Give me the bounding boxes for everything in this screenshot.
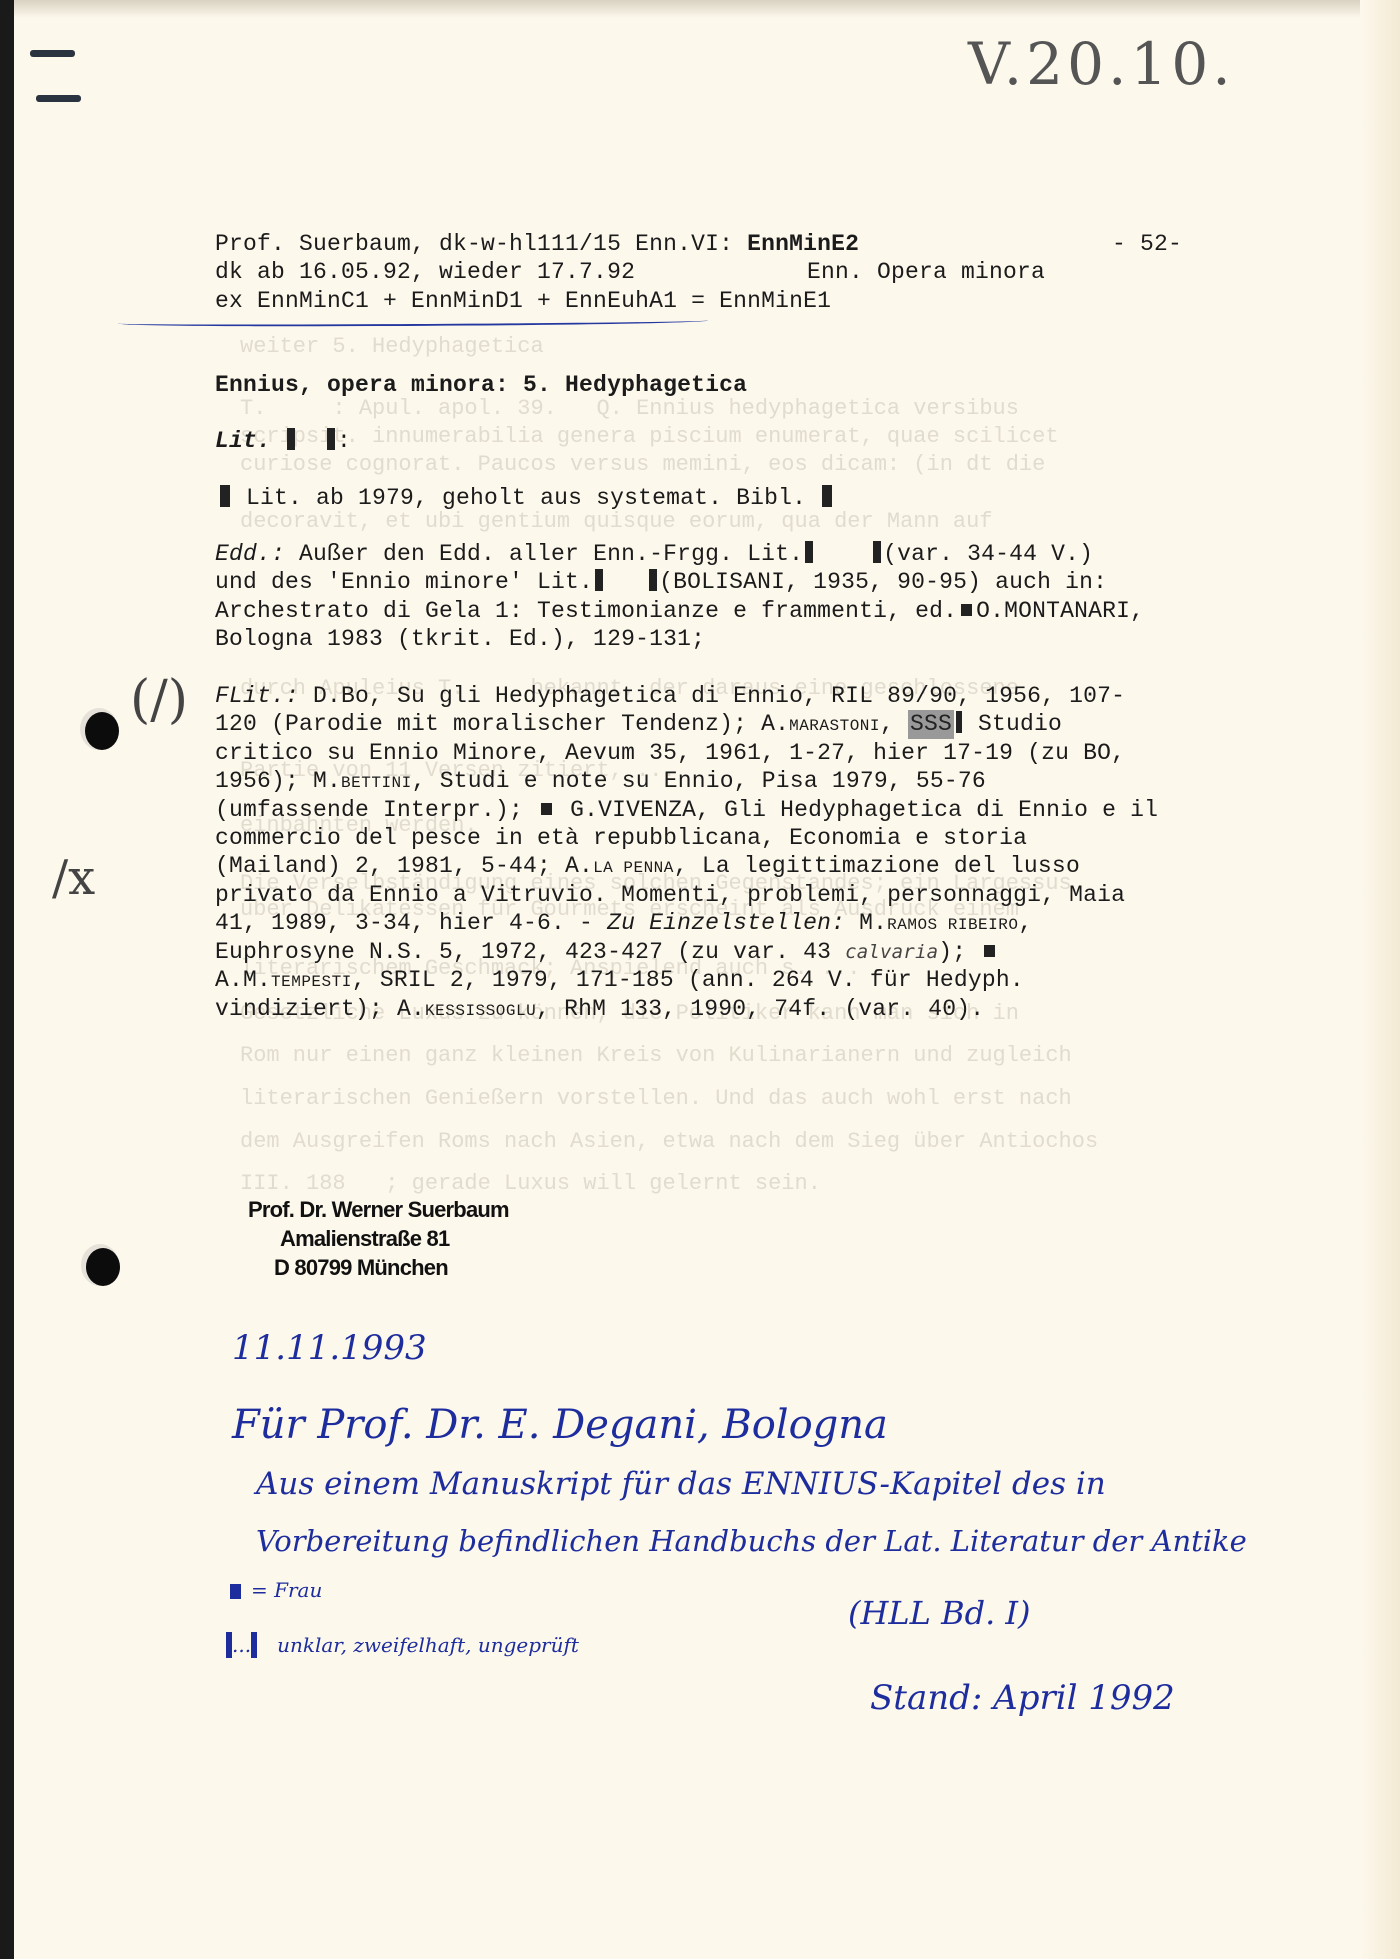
legend-woman: = Frau — [230, 1578, 322, 1602]
placeholder-bar — [327, 428, 335, 450]
handwritten-line-3: (HLL Bd. I) — [848, 1594, 1031, 1632]
colon: : — [337, 428, 351, 454]
edd-label: Edd.: — [215, 541, 285, 567]
handwritten-dedication: Für Prof. Dr. E. Degani, Bologna — [232, 1402, 888, 1448]
flit-line-6: commercio del pesce in età repubblicana,… — [215, 824, 1027, 853]
bleed-through-line: scripsit. innumerabilia genera piscium e… — [240, 423, 1059, 452]
text: Außer den Edd. aller Enn.-Frgg. Lit. — [285, 541, 803, 567]
flit-line-11: A.M.TEMPESTI, SRIL 2, 1979, 171-185 (ann… — [215, 966, 1024, 997]
top-shadow — [14, 0, 1400, 18]
bleed-through-line: curiose cognorat. Paucos versus memini, … — [240, 451, 1045, 480]
punch-hole — [85, 712, 119, 750]
text: (umfassende Interpr.); — [215, 797, 523, 823]
flit-line-12: vindiziert); A.KESSISSOGLU, RhM 133, 199… — [215, 995, 984, 1026]
text: ); — [938, 939, 966, 965]
placeholder-bar — [287, 428, 295, 450]
flit-line-1: FLit.: D.Bo, Su gli Hedyphagetica di Enn… — [215, 682, 1125, 711]
text: 120 (Parodie mit moralischer Tendenz); A… — [215, 711, 789, 737]
bleed-through-line: literarischen Genießern vorstellen. Und … — [240, 1085, 1072, 1114]
author-name: KESSISSOGLU — [425, 1002, 536, 1020]
right-shadow — [1360, 0, 1400, 1959]
ink-underline — [118, 316, 708, 327]
address-stamp-street: Amalienstraße 81 — [280, 1224, 449, 1253]
flit-line-10: Euphrosyne N.S. 5, 1972, 423-427 (zu var… — [215, 938, 999, 967]
page-number: - 52- — [1112, 230, 1182, 259]
legend-text: = Frau — [251, 1578, 322, 1602]
text: 41, 1989, 3-34, hier 4-6. - — [215, 910, 607, 936]
legend-ellipsis: ... — [232, 1633, 251, 1657]
text: Euphrosyne N.S. 5, 1972, 423-427 (zu var… — [215, 939, 845, 965]
text: Archestrato di Gela 1: Testimonianze e f… — [215, 598, 957, 624]
flit-line-7: (Mailand) 2, 1981, 5-44; A.LA PENNA, La … — [215, 852, 1080, 883]
text: vindiziert); A. — [215, 996, 425, 1022]
margin-annotation: /x — [52, 850, 95, 906]
text: , — [880, 711, 908, 737]
word-calvaria: calvaria — [845, 941, 938, 963]
placeholder-bar — [956, 711, 962, 733]
bleed-through-line: weiter 5. Hedyphagetica — [240, 333, 544, 362]
lit-label: Lit. — [215, 428, 271, 454]
legend-square-icon — [230, 1584, 241, 1599]
author-name: TEMPESTI — [271, 973, 352, 991]
address-stamp-name: Prof. Dr. Werner Suerbaum — [248, 1195, 509, 1224]
text: (Mailand) 2, 1981, 5-44; A. — [215, 853, 593, 879]
text: , — [1018, 910, 1032, 936]
lit-note-text: Lit. ab 1979, geholt aus systemat. Bibl. — [246, 485, 806, 511]
address-stamp-city: D 80799 München — [274, 1253, 448, 1282]
text: M. — [845, 910, 887, 936]
flit-label: FLit.: — [215, 683, 299, 709]
text: A.M. — [215, 967, 271, 993]
margin-dash-mark — [30, 50, 75, 57]
margin-annotation: (/) — [130, 670, 188, 730]
author-name: BETTINI — [341, 774, 412, 792]
legend-text: unklar, zweifelhaft, ungeprüft — [277, 1633, 579, 1657]
placeholder-bar — [649, 569, 657, 591]
text: 1956); M. — [215, 768, 341, 794]
author-name: MARASTONI — [789, 717, 880, 735]
text: Studio — [964, 711, 1062, 737]
edd-line-3: Archestrato di Gela 1: Testimonianze e f… — [215, 597, 1144, 626]
flit-line-5: (umfassende Interpr.); G.VIVENZA, Gli He… — [215, 796, 1158, 825]
legend-bar-icon — [251, 1632, 257, 1658]
flit-line-9: 41, 1989, 3-34, hier 4-6. - Zu Einzelste… — [215, 909, 1032, 940]
punch-hole — [86, 1248, 120, 1286]
text: , Studi e note su Ennio, Pisa 1979, 55-7… — [412, 768, 986, 794]
edd-line-2: und des 'Ennio minore' Lit. (BOLISANI, 1… — [215, 568, 1107, 597]
handwritten-status: Stand: April 1992 — [870, 1678, 1175, 1718]
flit-line-2: 120 (Parodie mit moralischer Tendenz); A… — [215, 710, 1062, 741]
flit-line-8: privato da Ennio a Vitruvio. Momenti, pr… — [215, 881, 1125, 910]
lit-line: Lit. : — [215, 427, 351, 456]
header-line-1: Prof. Suerbaum, dk-w-hl111/15 Enn.VI: En… — [215, 230, 859, 259]
author-name: RAMOS RIBEIRO — [887, 916, 1018, 934]
text: O.MONTANARI, — [976, 598, 1144, 624]
header-line-2-right: Enn. Opera minora — [807, 258, 1045, 287]
section-title: Ennius, opera minora: 5. Hedyphagetica — [215, 371, 747, 400]
text: , SRIL 2, 1979, 171-185 (ann. 264 V. für… — [352, 967, 1024, 993]
text: G.VIVENZA, Gli Hedyphagetica di Ennio e … — [556, 797, 1158, 823]
handwritten-line-1: Aus einem Manuskript für das ENNIUS-Kapi… — [256, 1466, 1106, 1502]
handwritten-date: 11.11.1993 — [232, 1328, 427, 1368]
woman-marker-square — [984, 945, 995, 957]
bleed-through-line: dem Ausgreifen Roms nach Asien, etwa nac… — [240, 1128, 1098, 1157]
text: , RhM 133, 1990, 74f. (var. 40). — [536, 996, 984, 1022]
margin-dash-mark — [36, 95, 81, 102]
woman-marker-square — [961, 604, 972, 616]
uncertain-marker: SSS — [908, 710, 954, 739]
edd-line-1: Edd.: Außer den Edd. aller Enn.-Frgg. Li… — [215, 540, 1093, 569]
text: (BOLISANI, 1935, 90-95) auch in: — [659, 569, 1107, 595]
text: D.Bo, Su gli Hedyphagetica di Ennio, RIL… — [299, 683, 1125, 709]
marker-bar — [822, 485, 832, 507]
legend-uncertain: ...unklar, zweifelhaft, ungeprüft — [226, 1632, 579, 1658]
flit-line-3: critico su Ennio Minore, Aevum 35, 1961,… — [215, 739, 1125, 768]
flit-line-4: 1956); M.BETTINI, Studi e note su Ennio,… — [215, 767, 986, 798]
woman-marker-square — [541, 803, 552, 815]
archive-number: V.20.10. — [968, 30, 1235, 98]
header-line-3: ex EnnMinC1 + EnnMinD1 + EnnEuhA1 = EnnM… — [215, 287, 831, 316]
document-code: EnnMinE2 — [747, 231, 859, 257]
subheading: Zu Einzelstellen: — [607, 910, 845, 936]
placeholder-bar — [873, 541, 881, 563]
author-name: LA PENNA — [593, 859, 674, 877]
text: , La legittimazione del lusso — [674, 853, 1080, 879]
placeholder-bar — [805, 541, 813, 563]
handwritten-line-2: Vorbereitung befindlichen Handbuchs der … — [256, 1524, 1247, 1558]
header-author: Prof. Suerbaum, dk-w-hl111/15 Enn.VI: — [215, 231, 747, 257]
text: (var. 34-44 V.) — [883, 541, 1093, 567]
edd-line-4: Bologna 1983 (tkrit. Ed.), 129-131; — [215, 625, 705, 654]
bleed-through-line: Rom nur einen ganz kleinen Kreis von Kul… — [240, 1042, 1072, 1071]
header-line-2: dk ab 16.05.92, wieder 17.7.92 — [215, 258, 635, 287]
placeholder-bar — [595, 569, 603, 591]
text: und des 'Ennio minore' Lit. — [215, 569, 593, 595]
scan-edge — [0, 0, 14, 1959]
lit-note: Lit. ab 1979, geholt aus systemat. Bibl. — [218, 484, 834, 513]
marker-bar — [220, 485, 230, 507]
